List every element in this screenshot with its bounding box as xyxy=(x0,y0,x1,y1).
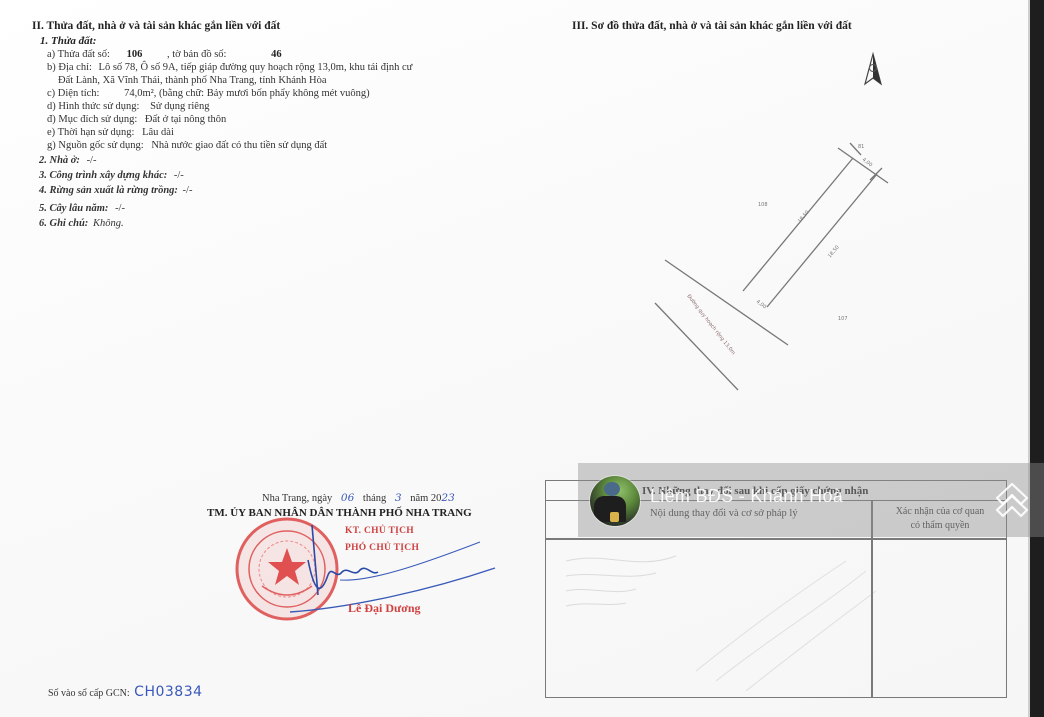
usage-form-row: d) Hình thức sử dụng: Sử dụng riêng xyxy=(47,101,209,112)
date-year-suffix: 23 xyxy=(441,492,454,504)
map-sheet-label: , tờ bản đồ số: xyxy=(167,49,227,60)
perennial-row: 5. Cây lâu năm: -/- xyxy=(39,203,125,214)
profile-avatar xyxy=(590,476,640,526)
signer-name: Lê Đại Dương xyxy=(348,601,421,616)
registry-number: Số vào sổ cấp GCN: CH03834 xyxy=(48,684,203,700)
forest-row: 4. Rừng sản xuất là rừng trồng: -/- xyxy=(39,185,192,196)
address-line-2: Đất Lành, Xã Vĩnh Thái, thành phố Nha Tr… xyxy=(58,75,327,86)
perennial-label: 5. Cây lâu năm: xyxy=(39,203,108,214)
address-row: b) Địa chỉ: Lô số 78, Ô số 9A, tiếp giáp… xyxy=(47,62,412,73)
note-value: Không. xyxy=(93,218,124,229)
neighbor-right-parcel: 107 xyxy=(838,316,848,322)
house-row: 2. Nhà ở: -/- xyxy=(39,155,96,166)
forest-value: -/- xyxy=(183,185,193,196)
neighbor-left-parcel: 108 xyxy=(758,202,768,208)
purpose-value: Đất ở tại nông thôn xyxy=(145,114,226,125)
address-line-1: Lô số 78, Ô số 9A, tiếp giáp đường quy h… xyxy=(99,62,413,73)
registry-label: Số vào sổ cấp GCN: xyxy=(48,688,130,699)
area-row: c) Diện tích: 74,0m², (bằng chữ: Bảy mươ… xyxy=(47,88,370,99)
parcel-heading: 1. Thửa đất: xyxy=(40,35,96,47)
certificate-page: II. Thửa đất, nhà ở và tài sản khác gắn … xyxy=(0,0,1028,717)
other-constructions-label: 3. Công trình xây dựng khác: xyxy=(39,170,167,181)
origin-row: g) Nguồn gốc sử dụng: Nhà nước giao đất … xyxy=(47,140,327,151)
perennial-value: -/- xyxy=(115,203,125,214)
purpose-row: đ) Mục đích sử dụng: Đất ở tại nông thôn xyxy=(47,114,226,125)
registry-value: CH03834 xyxy=(134,684,202,700)
term-value: Lâu dài xyxy=(142,127,174,138)
origin-value: Nhà nước giao đất có thu tiền sử dụng đấ… xyxy=(151,140,327,151)
term-row: e) Thời hạn sử dụng: Lâu dài xyxy=(47,127,174,138)
forest-label: 4. Rừng sản xuất là rừng trồng: xyxy=(39,185,178,196)
show-through-writing xyxy=(546,541,1006,691)
purpose-label: đ) Mục đích sử dụng: xyxy=(47,114,137,125)
area-value: 74,0m², (bằng chữ: Bảy mươi bốn phẩy khô… xyxy=(124,88,370,99)
edge-right-length: 18,50 xyxy=(827,244,841,259)
date-day: 06 xyxy=(341,492,354,504)
date-month-label: tháng xyxy=(363,493,386,504)
neighbor-back-parcel: 81 xyxy=(858,144,864,150)
usage-form-label: d) Hình thức sử dụng: xyxy=(47,101,139,112)
note-label: 6. Ghi chú: xyxy=(39,218,88,229)
issue-date: Nha Trang, ngày 06 tháng 3 năm 2023 xyxy=(262,492,455,504)
date-year-label: năm 20 xyxy=(410,493,441,504)
map-sheet-number: 46 xyxy=(271,49,282,60)
stacked-chevrons-logo-icon xyxy=(993,480,1031,520)
other-constructions-value: -/- xyxy=(174,170,184,181)
north-arrow-icon xyxy=(865,54,881,84)
origin-label: g) Nguồn gốc sử dụng: xyxy=(47,140,144,151)
section-3-title: III. Sơ đồ thửa đất, nhà ở và tài sản kh… xyxy=(572,20,852,32)
address-label: b) Địa chỉ: xyxy=(47,62,92,73)
edge-left-length: 18,50 xyxy=(797,209,811,224)
avatar-head-shape xyxy=(604,482,620,496)
watermark-text: Liêm BĐS - Khánh Hoà xyxy=(650,486,843,507)
term-label: e) Thời hạn sử dụng: xyxy=(47,127,134,138)
parcel-diagram: 18,50 18,50 4,00 4,00 108 107 81 Đường q… xyxy=(560,40,1000,440)
date-prefix: Nha Trang, ngày xyxy=(262,493,332,504)
header-divider xyxy=(546,538,1006,540)
parcel-number-row: a) Thửa đất số: 106 , tờ bản đồ số: 46 xyxy=(47,49,282,60)
date-month: 3 xyxy=(395,492,402,504)
parcel-number-label: a) Thửa đất số: xyxy=(47,49,110,60)
section-2-title: II. Thửa đất, nhà ở và tài sản khác gắn … xyxy=(32,20,280,32)
edge-back-length: 4,00 xyxy=(861,157,873,169)
note-row: 6. Ghi chú: Không. xyxy=(39,218,124,229)
house-label: 2. Nhà ở: xyxy=(39,155,80,166)
avatar-cup-shape xyxy=(610,512,619,522)
usage-form-value: Sử dụng riêng xyxy=(150,101,209,112)
road-label: Đường quy hoạch rộng 13,0m xyxy=(685,293,737,356)
house-value: -/- xyxy=(87,155,97,166)
parcel-number: 106 xyxy=(127,49,143,60)
other-constructions-row: 3. Công trình xây dựng khác: -/- xyxy=(39,170,184,181)
edge-front-length: 4,00 xyxy=(755,299,767,311)
area-label: c) Diện tích: xyxy=(47,88,99,99)
dark-border xyxy=(1030,0,1044,717)
